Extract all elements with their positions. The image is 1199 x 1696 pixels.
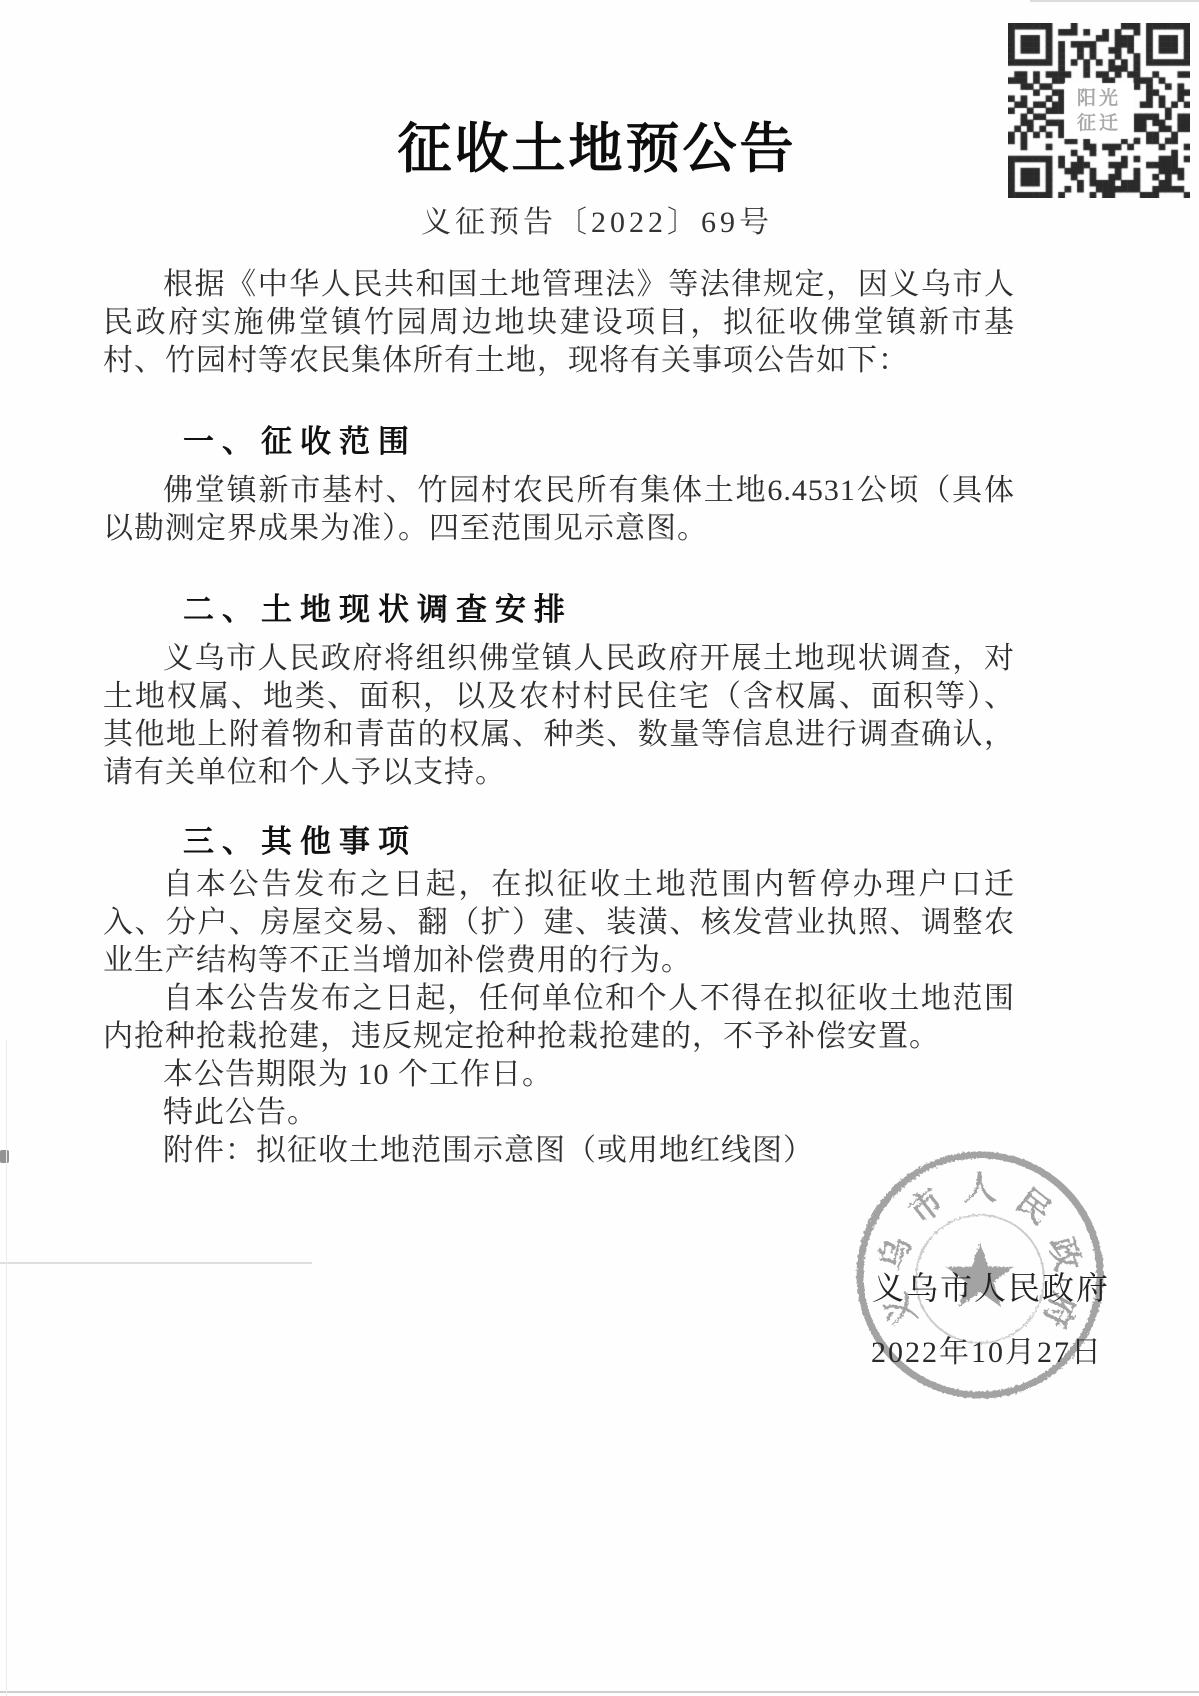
page-title: 征收土地预公告 xyxy=(141,118,1053,180)
document-body: 征收土地预公告 义征预告〔2022〕69号 根据《中华人民共和国土地管理法》等法… xyxy=(103,0,1015,1170)
issuer-signature: 义乌市人民政府 xyxy=(872,1268,1110,1308)
scan-artifact-left-edge xyxy=(6,1040,7,1696)
issue-date: 2022年10月27日 xyxy=(871,1334,1103,1372)
scan-artifact-bottom-line xyxy=(0,1691,1199,1693)
section-3-paragraph-1: 自本公告发布之日起，在拟征收土地范围内暂停办理户口迁入、分户、房屋交易、翻（扩）… xyxy=(103,866,1015,980)
document-number: 义征预告〔2022〕69号 xyxy=(141,204,1053,242)
qr-center-label: 阳光 征迁 xyxy=(1066,85,1132,137)
svg-text:市: 市 xyxy=(902,1182,951,1231)
scan-artifact-left-line xyxy=(0,1262,312,1264)
qr-label-line2: 征迁 xyxy=(1077,111,1121,136)
svg-text:民: 民 xyxy=(1009,1182,1058,1231)
scan-artifact-left-mark xyxy=(0,1150,9,1163)
svg-text:人: 人 xyxy=(964,1171,997,1207)
section-heading-1: 一、征收范围 xyxy=(183,422,1015,462)
intro-paragraph: 根据《中华人民共和国土地管理法》等法律规定，因义乌市人民政府实施佛堂镇竹园周边地… xyxy=(103,266,1015,380)
section-heading-2: 二、土地现状调查安排 xyxy=(183,590,1015,630)
announcement-page: 阳光 征迁 征收土地预公告 义征预告〔2022〕69号 根据《中华人民共和国土地… xyxy=(0,0,1199,1696)
scan-artifact-top-line xyxy=(1030,0,1199,2)
section-1-paragraph: 佛堂镇新市基村、竹园村农民所有集体土地6.4531公顷（具体以勘测定界成果为准）… xyxy=(103,472,1015,548)
hereby-announce-line: 特此公告。 xyxy=(103,1094,1015,1132)
qr-label-line1: 阳光 xyxy=(1077,86,1121,111)
section-2-paragraph: 义乌市人民政府将组织佛堂镇人民政府开展土地现状调查，对土地权属、地类、面积，以及… xyxy=(103,640,1015,792)
notice-period-line: 本公告期限为 10 个工作日。 xyxy=(103,1056,1015,1094)
section-3-paragraph-2: 自本公告发布之日起，任何单位和个人不得在拟征收土地范围内抢种抢栽抢建，违反规定抢… xyxy=(103,980,1015,1056)
section-heading-3: 三、其他事项 xyxy=(183,822,1015,862)
